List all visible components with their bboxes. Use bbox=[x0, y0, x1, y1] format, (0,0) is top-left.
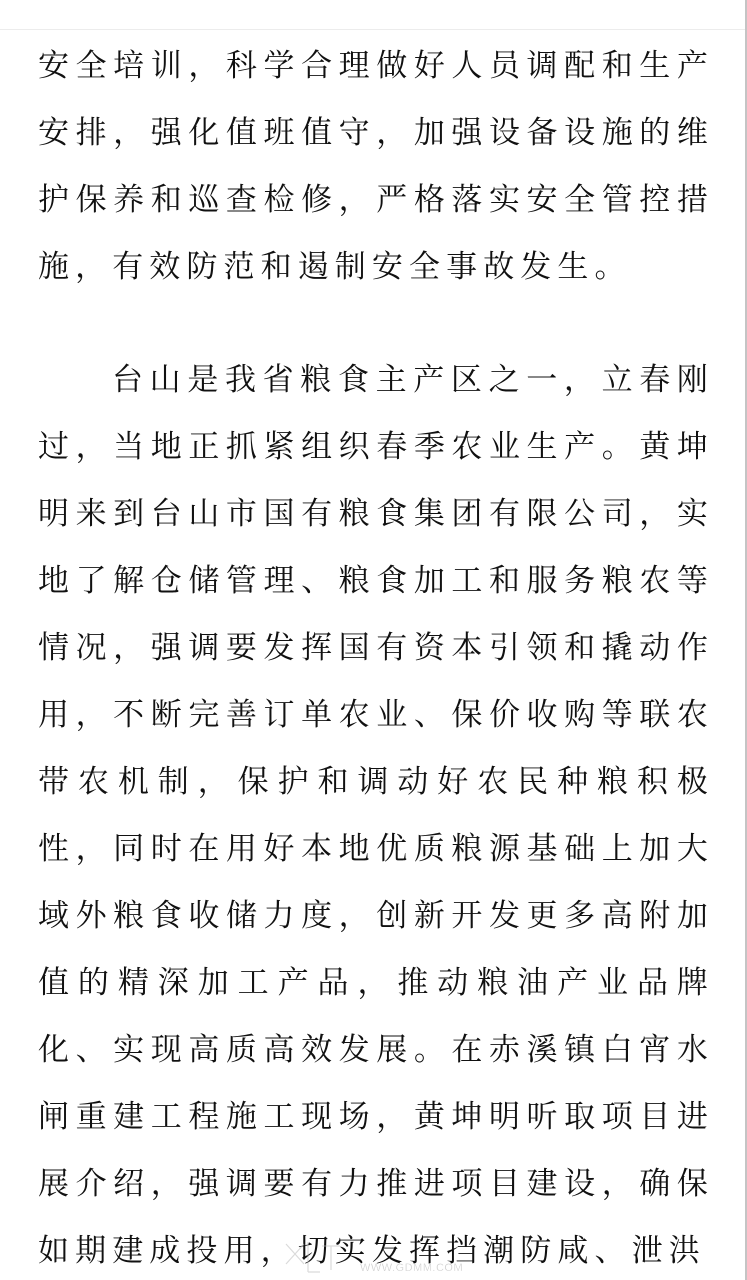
paragraph-2: 台山是我省粮食主产区之一，立春刚过，当地正抓紧组织春季农业生产。黄坤明来到台山市… bbox=[38, 347, 714, 1280]
paragraph-1: 安全培训，科学合理做好人员调配和生产安排，强化值班值守，加强设备设施的维护保养和… bbox=[38, 33, 714, 301]
article-page: 安全培训，科学合理做好人员调配和生产安排，强化值班值守，加强设备设施的维护保养和… bbox=[0, 0, 747, 1280]
top-divider bbox=[0, 29, 745, 30]
article-body: 安全培训，科学合理做好人员调配和生产安排，强化值班值守，加强设备设施的维护保养和… bbox=[38, 33, 714, 1280]
